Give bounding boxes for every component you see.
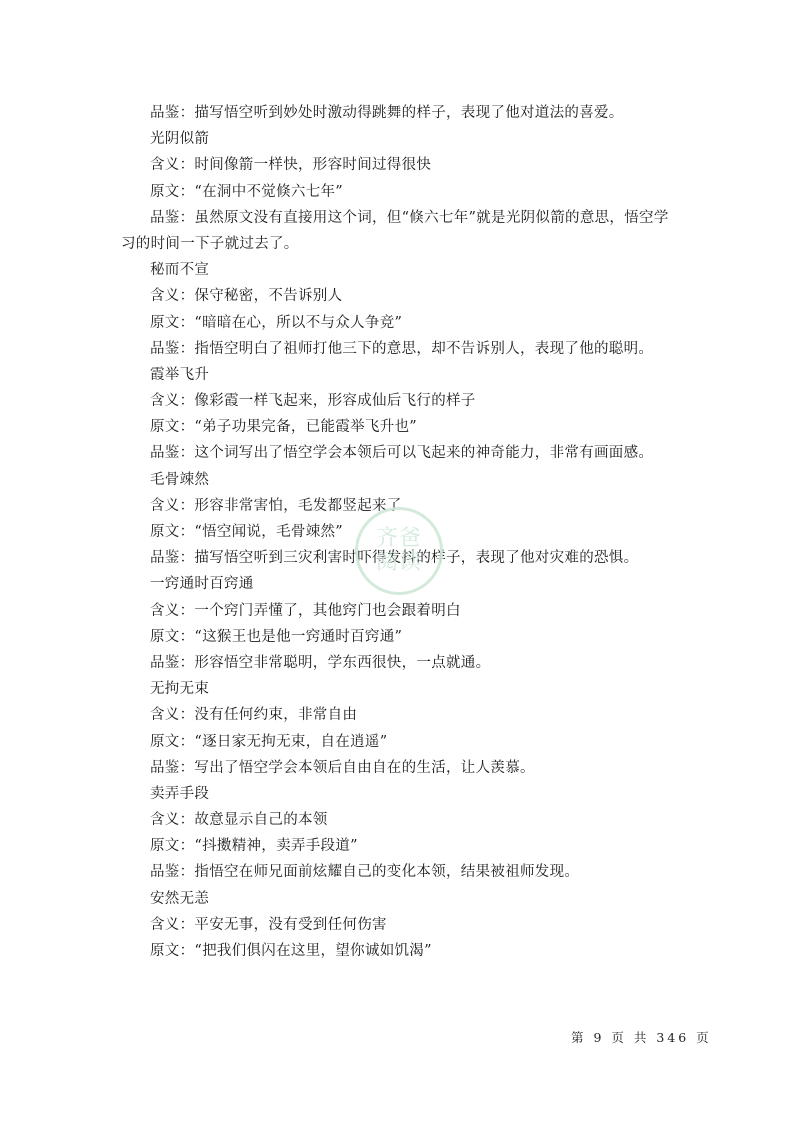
idiom-title: 无拘无束 (121, 676, 673, 702)
idiom-title: 卖弄手段 (121, 781, 673, 807)
appreciation-line: 品鉴：指悟空明白了祖师打他三下的意思，却不告诉别人，表现了他的聪明。 (121, 336, 673, 362)
idiom-title: 毛骨竦然 (121, 467, 673, 493)
original-line: 原文：“弟子功果完备，已能霞举飞升也” (121, 414, 673, 440)
page-number: 第 9 页 共 346 页 (571, 1028, 712, 1046)
original-line: 原文：“在洞中不觉倏六七年” (121, 179, 673, 205)
meaning-line: 含义：时间像箭一样快，形容时间过得很快 (121, 152, 673, 178)
meaning-line: 含义：平安无事，没有受到任何伤害 (121, 912, 673, 938)
appreciation-line: 品鉴：形容悟空非常聪明，学东西很快，一点就通。 (121, 650, 673, 676)
original-line: 原文：“逐日家无拘无束，自在逍遥” (121, 729, 673, 755)
original-line: 原文：“抖擞精神，卖弄手段道” (121, 833, 673, 859)
idiom-title: 秘而不宣 (121, 257, 673, 283)
meaning-line: 含义：保守秘密，不告诉别人 (121, 283, 673, 309)
meaning-line: 含义：没有任何约束，非常自由 (121, 702, 673, 728)
meaning-line: 含义：像彩霞一样飞起来，形容成仙后飞行的样子 (121, 388, 673, 414)
idiom-title: 光阴似箭 (121, 126, 673, 152)
appreciation-line: 品鉴：描写悟空听到妙处时激动得跳舞的样子，表现了他对道法的喜爱。 (121, 100, 673, 126)
appreciation-line: 品鉴：指悟空在师兄面前炫耀自己的变化本领，结果被祖师发现。 (121, 859, 673, 885)
appreciation-line: 品鉴：这个词写出了悟空学会本领后可以飞起来的神奇能力，非常有画面感。 (121, 440, 673, 466)
original-line: 原文：“把我们俱闪在这里，望你诚如饥渴” (121, 938, 673, 964)
watermark-stamp: 齐爸 阅读 (355, 507, 443, 595)
appreciation-line: 品鉴：写出了悟空学会本领后自由自在的生活，让人羡慕。 (121, 755, 673, 781)
meaning-line: 含义：故意显示自己的本领 (121, 807, 673, 833)
meaning-line: 含义：一个窍门弄懂了，其他窍门也会跟着明白 (121, 598, 673, 624)
idiom-title: 安然无恙 (121, 886, 673, 912)
watermark-line2: 阅读 (376, 551, 422, 575)
idiom-title: 霞举飞升 (121, 362, 673, 388)
watermark-line1: 齐爸 (376, 527, 422, 551)
appreciation-continuation: 习的时间一下子就过去了。 (121, 231, 673, 257)
original-line: 原文：“这猴王也是他一窍通时百窍通” (121, 624, 673, 650)
original-line: 原文：“暗暗在心，所以不与众人争竞” (121, 310, 673, 336)
appreciation-line: 品鉴：虽然原文没有直接用这个词，但“倏六七年”就是光阴似箭的意思，悟空学 (121, 205, 673, 231)
